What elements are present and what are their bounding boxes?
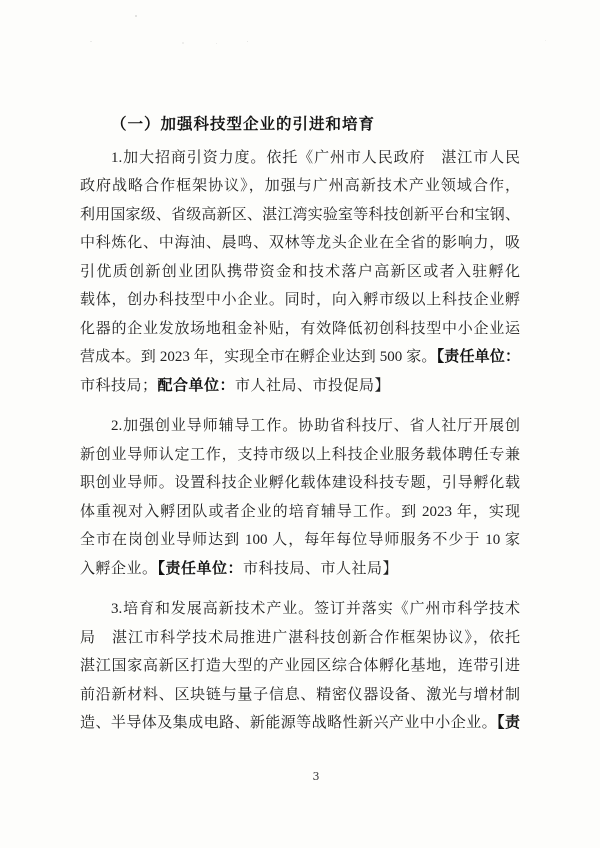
text-line: 职创业导师。设置科技企业孵化载体建设科技专题，引导孵化载 (80, 469, 520, 498)
text-line: 政府战略合作框架协议》，加强与广州高新技术产业领域合作， (80, 172, 520, 201)
body-text: 2.加强创业导师辅导工作。协助省科技厅、省人社厅开展创 (111, 418, 520, 434)
text-line: 营成本。到 2023 年，实现全市在孵企业达到 500 家。【责任单位： (80, 343, 520, 372)
text-line: 2.加强创业导师辅导工作。协助省科技厅、省人社厅开展创 (80, 412, 520, 441)
scan-speck (135, 15, 137, 17)
text-line: 化器的企业发放场地租金补贴，有效降低初创科技型中小企业运 (80, 315, 520, 344)
body-text: 中科炼化、中海油、晨鸣、双林等龙头企业在全省的影响力，吸 (80, 235, 520, 251)
body-text: 利用国家级、省级高新区、湛江湾实验室等科技创新平台和宝钢、 (80, 207, 520, 223)
emphasis-text: 【责任单位： (437, 349, 520, 365)
text-line: 1.加大招商引资力度。依托《广州市人民政府 湛江市人民 (80, 144, 520, 173)
body-text: 市科技局、市人社局】 (243, 561, 398, 577)
document-page: （一）加强科技型企业的引进和培育 1.加大招商引资力度。依托《广州市人民政府 湛… (0, 0, 600, 848)
body-text: 引优质创新创业团队携带资金和技术落户高新区或者入驻孵化 (80, 264, 520, 280)
text-line: 局 湛江市科学技术局推进广湛科技创新合作框架协议》，依托 (80, 624, 520, 653)
paragraph: 1.加大招商引资力度。依托《广州市人民政府 湛江市人民政府战略合作框架协议》，加… (80, 144, 520, 401)
paragraphs: 1.加大招商引资力度。依托《广州市人民政府 湛江市人民政府战略合作框架协议》，加… (80, 144, 520, 738)
body-text: 全市在岗创业导师达到 100 人，每年每位导师服务不少于 10 家 (80, 532, 520, 548)
scan-speck (247, 41, 248, 42)
section-heading: （一）加强科技型企业的引进和培育 (80, 111, 520, 140)
page-number: 3 (296, 770, 336, 783)
body-text: 化器的企业发放场地租金补贴，有效降低初创科技型中小企业运 (80, 321, 520, 337)
text-line: 湛江国家高新区打造大型的产业园区综合体孵化基地，连带引进 (80, 652, 520, 681)
text-line: 利用国家级、省级高新区、湛江湾实验室等科技创新平台和宝钢、 (80, 201, 520, 230)
body-text: 新创业导师认定工作，支持市级以上科技企业服务载体聘任专兼 (80, 447, 520, 463)
emphasis-text: 【责 (497, 715, 520, 731)
body-text: 局 湛江市科学技术局推进广湛科技创新合作框架协议》，依托 (80, 630, 520, 646)
body-text: 职创业导师。设置科技企业孵化载体建设科技专题，引导孵化载 (80, 475, 520, 491)
paragraph: 3.培育和发展高新技术产业。签订并落实《广州市科学技术局 湛江市科学技术局推进广… (80, 595, 520, 738)
scan-speck (182, 42, 184, 44)
body-text: 1.加大招商引资力度。依托《广州市人民政府 湛江市人民 (111, 150, 520, 166)
text-line: 新创业导师认定工作，支持市级以上科技企业服务载体聘任专兼 (80, 441, 520, 470)
body-text: 入孵企业。 (80, 561, 158, 577)
body-text: 载体，创办科技型中小企业。同时，向入孵市级以上科技企业孵 (80, 292, 520, 308)
body-text: 营成本。到 2023 年，实现全市在孵企业达到 500 家。 (80, 349, 437, 365)
text-line: 入孵企业。【责任单位：市科技局、市人社局】 (80, 555, 520, 584)
scan-speck (216, 43, 217, 44)
body-text: 体重视对入孵团队或者企业的培育辅导工作。到 2023 年，实现 (80, 504, 520, 520)
body-text: 政府战略合作框架协议》，加强与广州高新技术产业领域合作， (80, 178, 520, 194)
body-text: 湛江国家高新区打造大型的产业园区综合体孵化基地，连带引进 (80, 658, 520, 674)
scan-speck (545, 40, 546, 41)
body-text: 市科技局； (80, 378, 158, 394)
text-line: 3.培育和发展高新技术产业。签订并落实《广州市科学技术 (80, 595, 520, 624)
document-body: （一）加强科技型企业的引进和培育 1.加大招商引资力度。依托《广州市人民政府 湛… (80, 111, 520, 750)
text-line: 体重视对入孵团队或者企业的培育辅导工作。到 2023 年，实现 (80, 498, 520, 527)
body-text: 前沿新材料、区块链与量子信息、精密仪器设备、激光与增材制 (80, 687, 520, 703)
text-line: 造、半导体及集成电路、新能源等战略性新兴产业中小企业。【责 (80, 709, 520, 738)
body-text: 3.培育和发展高新技术产业。签订并落实《广州市科学技术 (111, 601, 520, 617)
text-line: 前沿新材料、区块链与量子信息、精密仪器设备、激光与增材制 (80, 681, 520, 710)
text-line: 市科技局；配合单位：市人社局、市投促局】 (80, 372, 520, 401)
paragraph: 2.加强创业导师辅导工作。协助省科技厅、省人社厅开展创新创业导师认定工作，支持市… (80, 412, 520, 583)
text-line: 引优质创新创业团队携带资金和技术落户高新区或者入驻孵化 (80, 258, 520, 287)
scan-speck (90, 41, 92, 42)
text-line: 全市在岗创业导师达到 100 人，每年每位导师服务不少于 10 家 (80, 526, 520, 555)
body-text: 造、半导体及集成电路、新能源等战略性新兴产业中小企业。 (80, 715, 497, 731)
text-line: 载体，创办科技型中小企业。同时，向入孵市级以上科技企业孵 (80, 286, 520, 315)
body-text: 市人社局、市投促局】 (235, 378, 390, 394)
text-line: 中科炼化、中海油、晨鸣、双林等龙头企业在全省的影响力，吸 (80, 229, 520, 258)
emphasis-text: 配合单位： (158, 378, 236, 394)
emphasis-text: 【责任单位： (158, 561, 244, 577)
